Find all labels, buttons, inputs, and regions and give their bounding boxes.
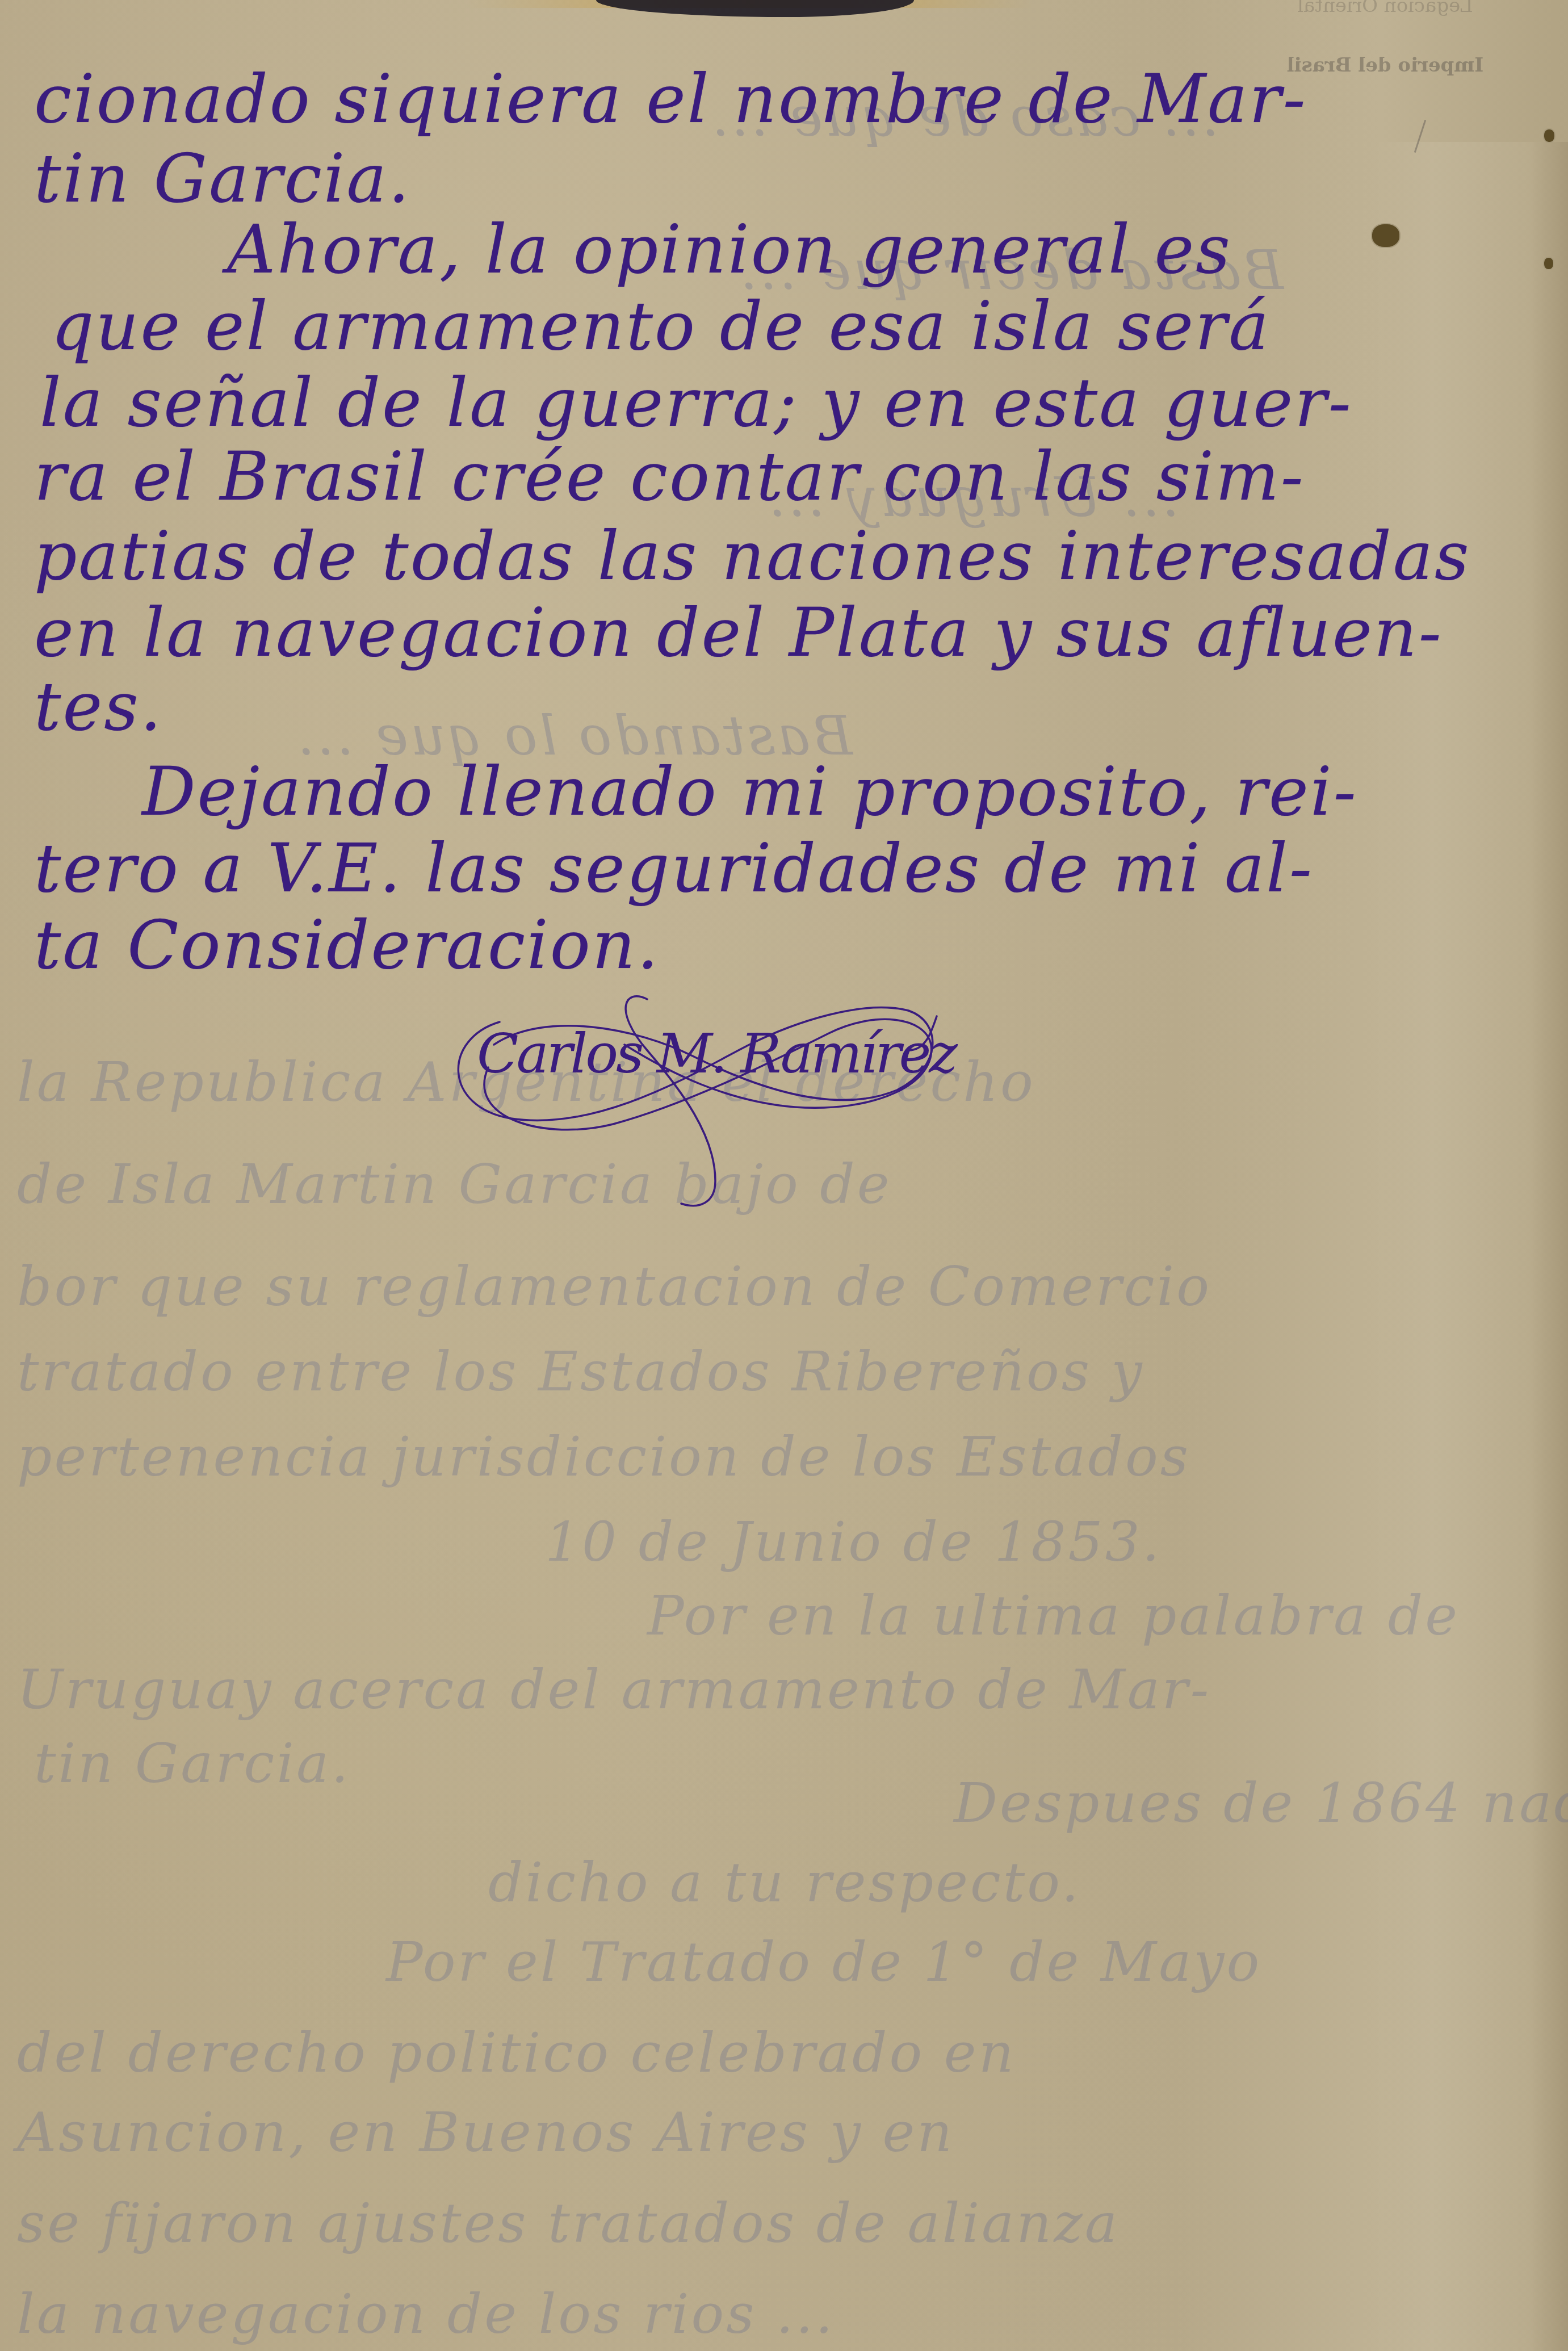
letter-line: que el armamento de esa isla será: [51, 292, 1271, 359]
ghost-line: Despues de 1864 nada nuevo: [954, 1771, 1568, 1835]
signature: Carlos M. Ramírez: [431, 977, 1056, 1215]
ghost-line: Por el Tratado de 1° de Mayo: [386, 1930, 1261, 1994]
ghost-line: pertenencia jurisdiccion de los Estados: [17, 1425, 1190, 1489]
letter-line: cionado siquiera el nombre de Mar-: [34, 65, 1307, 132]
ghost-line: Por en la ultima palabra de: [647, 1584, 1460, 1648]
ghost-line: se fijaron ajustes tratados de alianza: [17, 2191, 1120, 2255]
letter-line: ta Consideracion.: [34, 911, 660, 978]
ghost-line: la navegacion de los rios ...: [17, 2282, 835, 2346]
letter-line: tes.: [34, 673, 163, 740]
ghost-line: 10 de Junio de 1853.: [545, 1510, 1162, 1574]
ghost-line: Uruguay acerca del armamento de Mar-: [17, 1658, 1211, 1721]
ghost-line: Asuncion, en Buenos Aires y en: [17, 2101, 954, 2164]
letter-line: ra el Brasil crée contar con las sim-: [34, 443, 1305, 510]
ghost-line: bor que su reglamentacion de Comercio: [17, 1255, 1211, 1318]
letter-line: en la navegacion del Plata y sus afluen-: [34, 599, 1443, 666]
letter-line: la señal de la guerra; y en esta guer-: [40, 369, 1353, 436]
ghost-line: del derecho politico celebrado en: [17, 2021, 1016, 2085]
letter-line: tero a V.E. las seguridades de mi al-: [34, 835, 1314, 902]
signature-flourish-icon: [431, 977, 1056, 1215]
signature-name: Carlos M. Ramírez: [477, 1022, 955, 1086]
ghost-line: tin Garcia.: [34, 1732, 351, 1795]
ghost-line: tratado entre los Estados Ribereños y: [17, 1340, 1144, 1403]
letter-line: Dejando llenado mi proposito, rei-: [142, 758, 1358, 825]
letter-line: patias de todas las naciones interesadas: [34, 522, 1471, 589]
letter-line: Ahora, la opinion general es: [227, 216, 1232, 283]
ghost-line: dicho a tu respecto.: [488, 1851, 1081, 1914]
letter-line: tin Garcia.: [34, 145, 411, 212]
